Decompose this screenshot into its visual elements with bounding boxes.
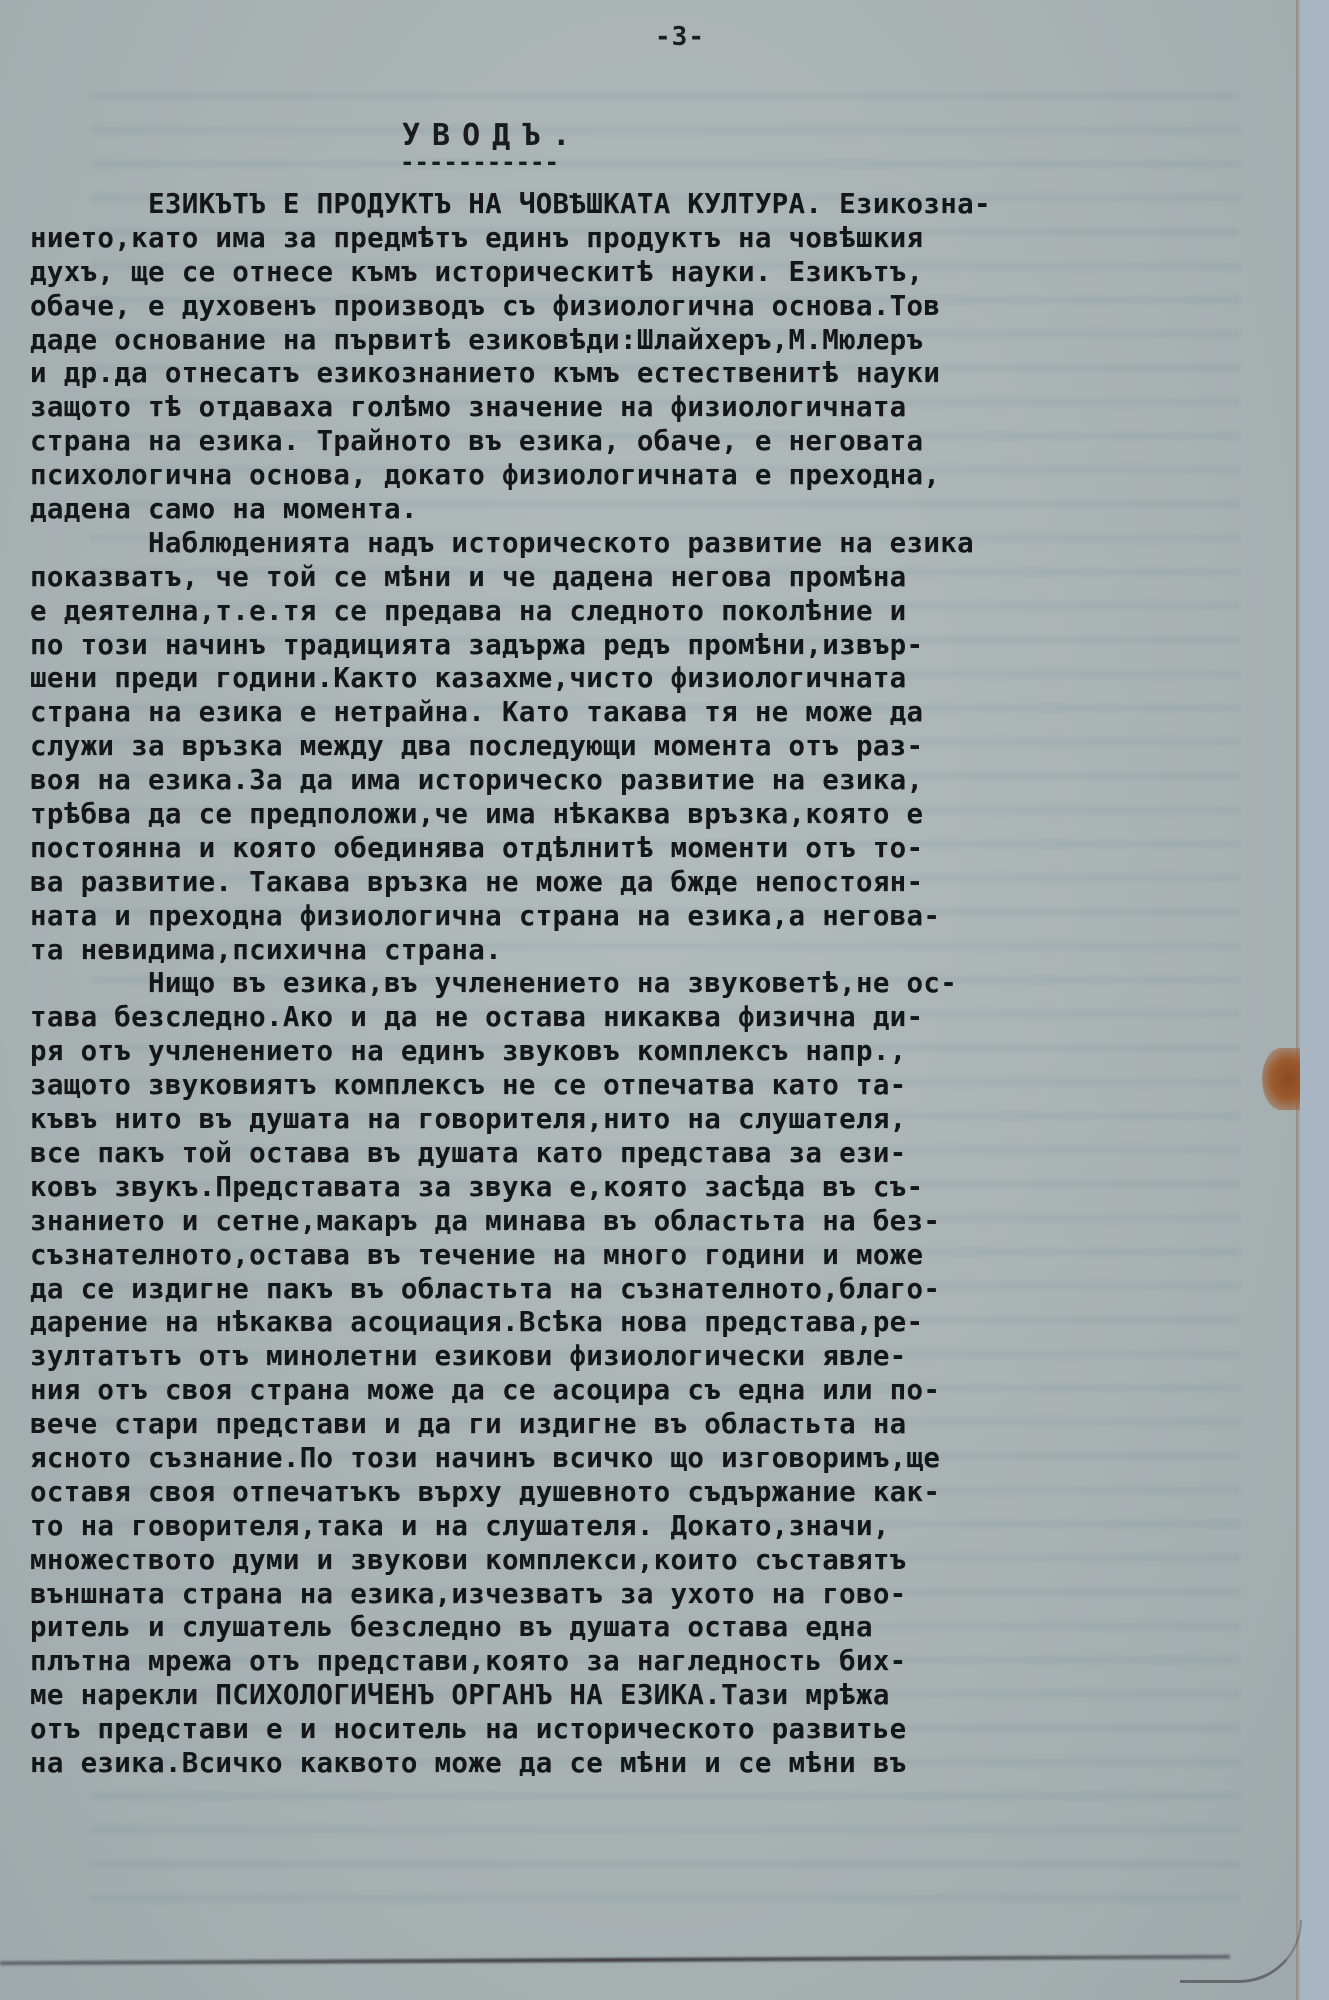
typewritten-page: -3- УВОДЪ. ----------- ЕЗИКЪТЪ Е ПРОДУКТ… [0,0,1300,2000]
title-underline: ----------- [400,148,559,176]
text-line: зултатътъ отъ минолетни езикови физиолог… [30,1340,1290,1374]
text-line: на езика.Всичко каквото може да се мѣни … [30,1747,1290,1781]
page-number: -3- [0,22,1300,52]
text-line: страна на езика. Трайното въ езика, обач… [30,425,1290,459]
text-line: ясното съзнание.По този начинъ всичко що… [30,1442,1290,1476]
text-line: по този начинъ традицията задържа редъ п… [30,629,1290,663]
text-line: духъ, ще се отнесе къмъ историческитѣ на… [30,256,1290,290]
text-line: воя на езика.За да има историческо разви… [30,764,1290,798]
text-line: тава безследно.Ако и да не остава никакв… [30,1001,1290,1035]
paper-edge [1296,0,1300,2000]
text-line: даде основание на първитѣ езиковѣди:Шлай… [30,324,1290,358]
text-line: и др.да отнесатъ езикознанието къмъ есте… [30,357,1290,391]
text-line: отъ представи е и носитель на историческ… [30,1713,1290,1747]
text-line: Наблюденията надъ историческото развитие… [30,527,1290,561]
text-line: психологична основа, докато физиологична… [30,459,1290,493]
text-line: ря отъ учленението на единъ звуковъ комп… [30,1035,1290,1069]
text-line: все пакъ той остава въ душата като предс… [30,1137,1290,1171]
text-line: знанието и сетне,макаръ да минава въ обл… [30,1205,1290,1239]
text-line: ния отъ своя страна може да се асоцира с… [30,1374,1290,1408]
text-line: ритель и слушатель безследно въ душата о… [30,1611,1290,1645]
text-line: да се издигне пакъ въ областьта на съзна… [30,1273,1290,1307]
text-line: постоянна и която обединява отдѣлнитѣ мо… [30,832,1290,866]
text-line: плътна мрежа отъ представи,която за нагл… [30,1645,1290,1679]
text-line: ната и преходна физиологична страна на е… [30,900,1290,934]
text-line: защото звуковиятъ комплексъ не се отпеча… [30,1069,1290,1103]
text-line: трѣбва да се предположи,че има нѣкаква в… [30,798,1290,832]
text-line: Нищо въ езика,въ учленението на звуковет… [30,967,1290,1001]
text-line: дадена само на момента. [30,493,1290,527]
text-line: нието,като има за предмѣтъ единъ продукт… [30,222,1290,256]
text-line: ЕЗИКЪТЪ Е ПРОДУКТЪ НА ЧОВѢШКАТА КУЛТУРА.… [30,188,1290,222]
text-line: то на говорителя,така и на слушателя. До… [30,1510,1290,1544]
text-line: външната страна на езика,изчезватъ за ух… [30,1578,1290,1612]
page-corner-curl [1180,1920,1302,1983]
text-line: обаче, е духовенъ производъ съ физиологи… [30,290,1290,324]
text-line: множеството думи и звукови комплекси,кои… [30,1544,1290,1578]
text-line: та невидима,психична страна. [30,934,1290,968]
body-text: ЕЗИКЪТЪ Е ПРОДУКТЪ НА ЧОВѢШКАТА КУЛТУРА.… [30,188,1290,1781]
text-line: ковъ звукъ.Представата за звука е,която … [30,1171,1290,1205]
text-line: е деятелна,т.е.тя се предава на следното… [30,595,1290,629]
text-line: оставя своя отпечатъкъ върху душевното с… [30,1476,1290,1510]
text-line: защото тѣ отдаваха голѣмо значение на фи… [30,391,1290,425]
text-line: ме нарекли ПСИХОЛОГИЧЕНЪ ОРГАНЪ НА ЕЗИКА… [30,1679,1290,1713]
page-bottom-fold-line [0,1955,1230,1965]
text-line: вече стари представи и да ги издигне въ … [30,1408,1290,1442]
text-line: къвъ нито въ душата на говорителя,нито н… [30,1103,1290,1137]
text-line: страна на езика е нетрайна. Като такава … [30,696,1290,730]
text-line: показватъ, че той се мѣни и че дадена не… [30,561,1290,595]
text-line: шени преди години.Както казахме,чисто фи… [30,662,1290,696]
text-line: съзнателното,остава въ течение на много … [30,1239,1290,1273]
text-line: ва развитие. Такава връзка не може да бж… [30,866,1290,900]
text-line: дарение на нѣкаква асоциация.Всѣка нова … [30,1306,1290,1340]
text-line: служи за връзка между два последующи мом… [30,730,1290,764]
